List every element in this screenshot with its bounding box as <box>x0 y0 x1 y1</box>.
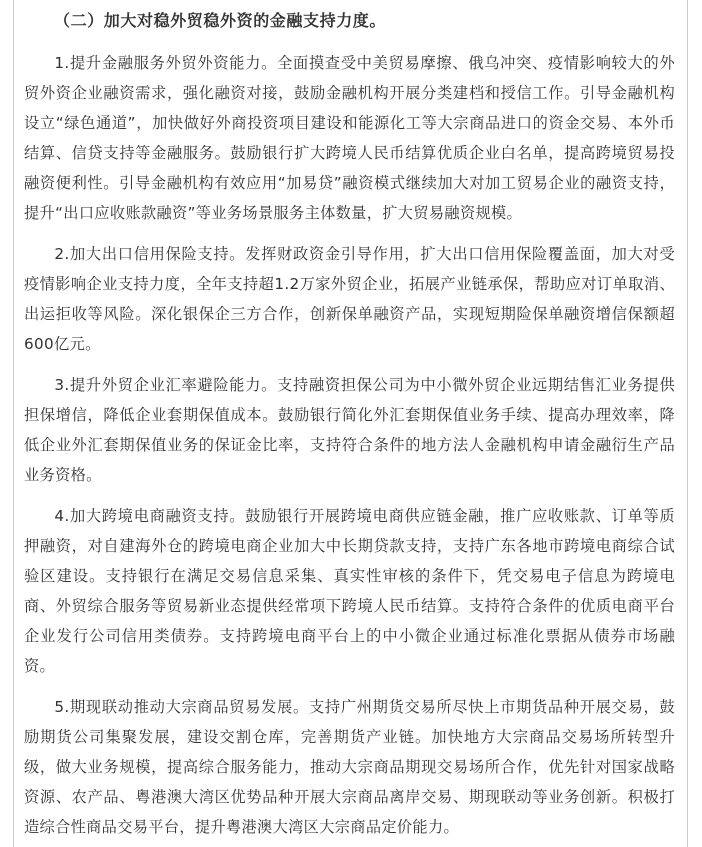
paragraph-2-export-credit-insurance: 2.加大出口信用保险支持。发挥财政资金引导作用，扩大出口信用保险覆盖面，加大对受… <box>24 239 675 359</box>
paragraph-3-exchange-rate-hedging: 3.提升外贸企业汇率避险能力。支持融资担保公司为中小微外贸企业远期结售汇业务提供… <box>24 370 675 490</box>
paragraph-4-cross-border-ecommerce: 4.加大跨境电商融资支持。鼓励银行开展跨境电商供应链金融，推广应收账款、订单等质… <box>24 501 675 681</box>
article-body: （二）加大对稳外贸稳外资的金融支持力度。 1.提升金融服务外贸外资能力。全面摸查… <box>13 0 688 847</box>
paragraph-5-commodity-trade: 5.期现联动推动大宗商品贸易发展。支持广州期货交易所尽快上市期货品种开展交易，鼓… <box>24 692 675 842</box>
paragraph-1-financial-services: 1.提升金融服务外贸外资能力。全面摸查受中美贸易摩擦、俄乌冲突、疫情影响较大的外… <box>24 48 675 228</box>
section-heading: （二）加大对稳外贸稳外资的金融支持力度。 <box>24 0 675 42</box>
